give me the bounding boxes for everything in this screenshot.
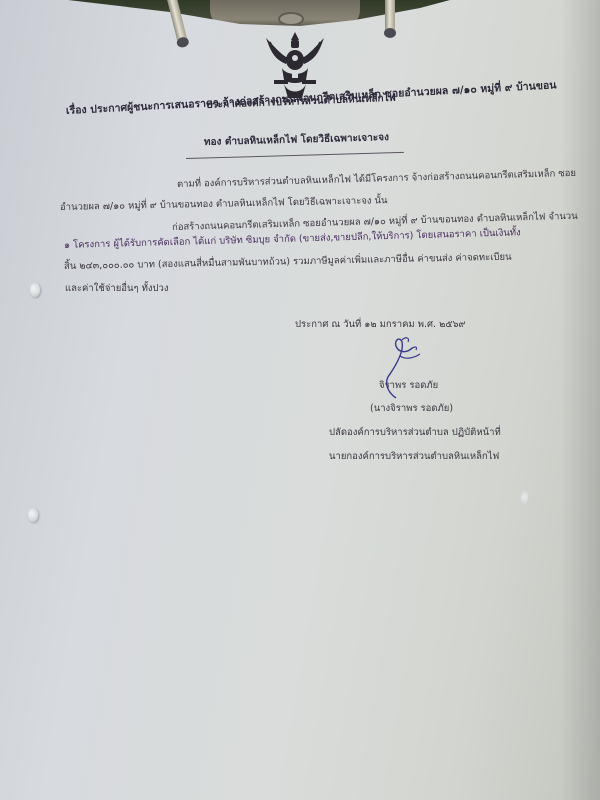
subject-line-2: ทอง ตำบลหินเหล็กไฟ โดยวิธีเฉพาะเจาะจง [204,133,389,148]
body-line-5: สิ้น ๒๔๓,๐๐๐.๐๐ บาท (สองแสนสี่หมื่นสามพั… [64,253,512,272]
body-line-6: และค่าใช้จ่ายอื่นๆ ทั้งปวง [65,284,169,294]
body-line-2: อำนวยผล ๗/๑๐ หมู่ที่ ๙ บ้านขอนทอง ตำบลหิ… [60,196,388,212]
signature-icon [356,336,456,406]
header-divider [186,152,404,159]
garuda-emblem-icon [262,28,328,100]
body-line-4: ๑ โครงการ ผู้ได้รับการคัดเลือก ได้แก่ บร… [64,228,521,250]
signer-position-line-2: นายกองค์การบริหารส่วนตำบลหินเหล็กไฟ [329,452,499,462]
announcement-date: ประกาศ ณ วันที่ ๑๒ มกราคม พ.ศ. ๒๕๖๙ [295,320,466,330]
body-line-1: ตามที่ องค์การบริหารส่วนตำบลหินเหล็กไฟ ไ… [177,169,576,190]
signer-full-name: (นางจิราพร รอดภัย) [370,404,453,414]
signer-name: จิราพร รอดภัย [379,381,438,391]
signer-position-line-1: ปลัดองค์การบริหารส่วนตำบล ปฏิบัติหน้าที่ [329,428,501,438]
announcement-document: ประกาศองค์การบริหารส่วนตำบลหินเหล็กไฟ เร… [0,0,600,800]
